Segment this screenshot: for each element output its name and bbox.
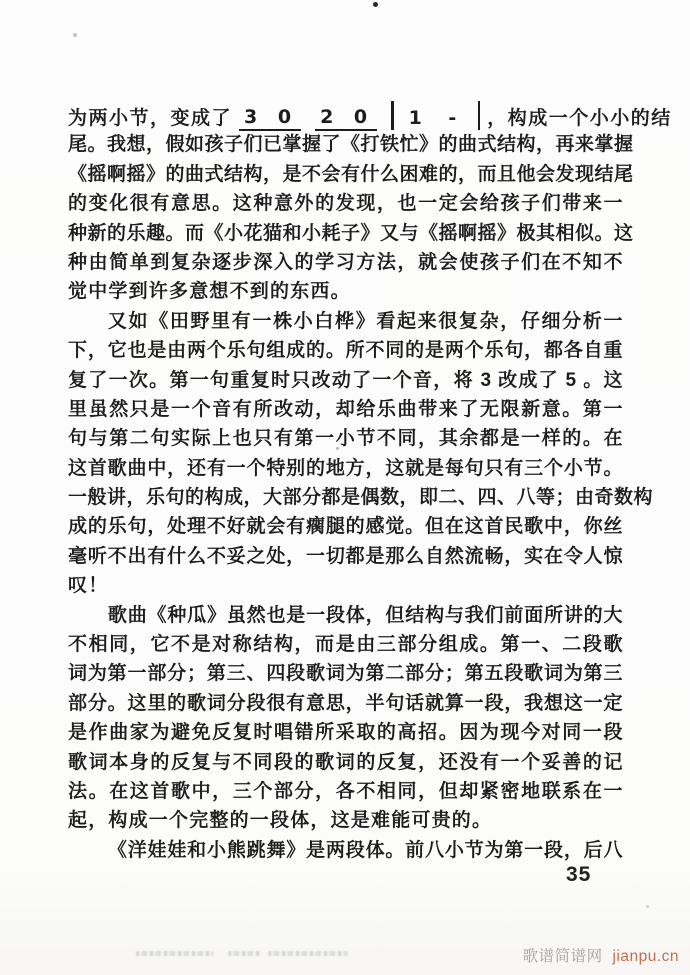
footer-smudge: [268, 951, 348, 956]
notation-after-text: ，构成一个小小的结: [487, 108, 672, 129]
barline-icon: [391, 101, 394, 130]
text-line: 词为第一部分；第三、四段歌词为第二部分；第五段歌词为第三: [68, 659, 623, 688]
jianpu-beamed-group: 2 0: [315, 105, 377, 131]
text-line: 觉中学到许多意想不到的东西。: [68, 277, 623, 306]
text-line: 种由简单到复杂逐步深入的学习方法，就会使孩子们在不知不: [68, 248, 623, 277]
footer-smudge: [228, 951, 262, 956]
text-line: 这首歌曲中，还有一个特别的地方，这就是每句只有三个小节。: [68, 454, 623, 483]
notation-before-text: 为两小节，变成了: [68, 108, 232, 129]
page-text: 为两小节，变成了3 02 01-，构成一个小小的结 尾。我想，假如孩子们已掌握了…: [68, 101, 623, 865]
text-line: 毫听不出有什么不妥之处，一切都是那么自然流畅，实在令人惊: [68, 542, 623, 571]
text-line: 《摇啊摇》的曲式结构，是不会有什么困难的，而且他会发现结尾: [68, 160, 623, 189]
text-line: 下，它也是由两个乐句组成的。所不同的是两个乐句，都各自重: [68, 336, 623, 365]
text-line: 部分。这里的歌词分段很有意思，半句话就算一段，我想这一定: [68, 689, 623, 718]
text-line: 《洋娃娃和小熊跳舞》是两段体。前八小节为第一段，后八: [68, 836, 623, 865]
footer-smudge: [136, 951, 214, 956]
text-line: 起，构成一个完整的一段体，这是难能可贵的。: [68, 806, 623, 835]
barline-icon: [478, 101, 481, 130]
text-line: 歌词本身的反复与不同段的歌词的反复，还没有一个妥善的记: [68, 748, 623, 777]
page-number: 35: [566, 863, 591, 887]
text-line: 复了一次。第一句重复时只改动了一个音，将 3 改成了 5 。这: [68, 366, 623, 395]
watermark-site-name: 歌谱简谱网: [523, 948, 603, 965]
text-line: 又如《田野里有一株小白桦》看起来很复杂，仔细分析一: [68, 307, 623, 336]
scanned-book-page: 为两小节，变成了3 02 01-，构成一个小小的结 尾。我想，假如孩子们已掌握了…: [0, 0, 690, 975]
text-line: 里虽然只是一个音有所改动，却给乐曲带来了无限新意。第一: [68, 395, 623, 424]
watermark: 歌谱简谱网 jianpu.cn: [523, 944, 679, 966]
text-line: 歌曲《种瓜》虽然也是一段体，但结构与我们前面所讲的大: [68, 601, 623, 630]
jianpu-note: 1: [409, 104, 423, 133]
jianpu-beamed-group: 3 0: [239, 105, 301, 131]
scan-speck: [73, 33, 77, 37]
scan-speck: [373, 2, 378, 7]
text-line: 不相同，它不是对称结构，而是由三部分组成。第一、二段歌: [68, 630, 623, 659]
text-line: 成的乐句，处理不好就会有瘸腿的感觉。但在这首民歌中，你丝: [68, 512, 623, 541]
jianpu-dash: -: [448, 104, 456, 133]
scan-speck: [646, 905, 649, 908]
text-line: 尾。我想，假如孩子们已掌握了《打铁忙》的曲式结构，再来掌握: [68, 130, 623, 159]
text-line: 句与第二句实际上也只有第一小节不同，其余都是一样的。在: [68, 424, 623, 453]
text-line: 一般讲，乐句的构成，大部分都是偶数，即二、四、八等；由奇数构: [68, 483, 623, 512]
text-line: 的变化很有意思。这种意外的发现，也一定会给孩子们带来一: [68, 189, 623, 218]
text-line: 叹！: [68, 571, 623, 600]
text-line: 法。在这首歌中，三个部分，各不相同，但却紧密地联系在一: [68, 777, 623, 806]
text-line-notation: 为两小节，变成了3 02 01-，构成一个小小的结: [68, 101, 623, 130]
text-line: 种新的乐趣。而《小花猫和小耗子》又与《摇啊摇》极其相似。这: [68, 219, 623, 248]
watermark-site-url: jianpu.cn: [612, 948, 679, 965]
text-line: 是作曲家为避免反复时唱错所采取的高招。因为现今对同一段: [68, 718, 623, 747]
